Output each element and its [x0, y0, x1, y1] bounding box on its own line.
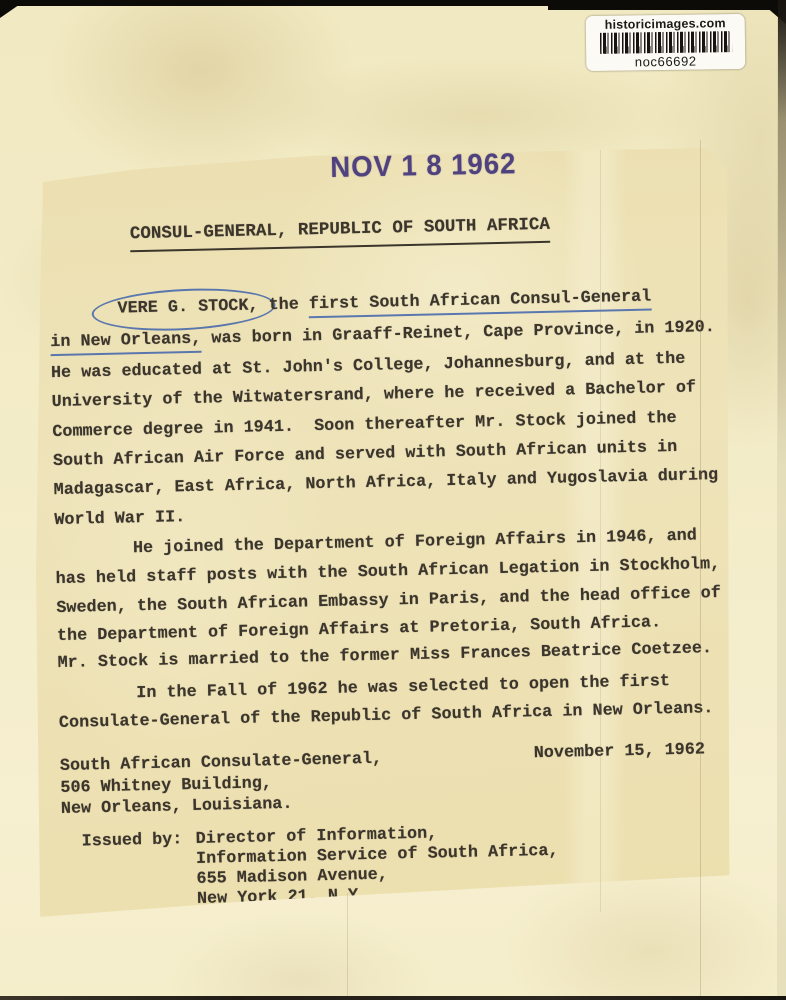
document-title: CONSUL-GENERAL, REPUBLIC OF SOUTH AFRICA — [130, 215, 551, 252]
pasted-sheet: CONSUL-GENERAL, REPUBLIC OF SOUTH AFRICA… — [36, 148, 730, 920]
body-line: He was educated at St. John's College, J… — [51, 350, 686, 385]
paper-crease — [700, 140, 701, 1000]
address-line: New Orleans, Louisiana. — [61, 795, 293, 821]
body-line: South African Air Force and served with … — [53, 438, 678, 473]
paper-crease — [600, 150, 601, 912]
body-line: VERE G. STOCK, the first South African C… — [49, 287, 651, 322]
date-stamp: NOV 1 8 1962 — [330, 148, 517, 185]
dateline: November 15, 1962 — [534, 740, 706, 765]
pen-underlined-text: in New Orleans, — [50, 330, 202, 356]
scan-corner-top-right — [548, 0, 786, 10]
issued-by-line: New York 21, N.Y. — [197, 886, 369, 911]
circled-name: VERE G. STOCK, — [117, 296, 258, 318]
typed-document: CONSUL-GENERAL, REPUBLIC OF SOUTH AFRICA… — [32, 133, 743, 921]
body-line: World War II. — [54, 508, 185, 532]
address-line: South African Consulate-General, — [60, 750, 383, 778]
scan-edge-bottom — [0, 996, 786, 1000]
barcode-label: historicimages.com noc66692 — [586, 14, 746, 71]
barcode-code: noc66692 — [635, 53, 697, 69]
body-line: Madagascar, East Africa, North Africa, I… — [53, 466, 718, 502]
issued-by-label: Issued by: — [81, 830, 182, 853]
body-line: Commerce degree in 1941. Soon thereafter… — [52, 409, 677, 444]
paper-crease — [347, 893, 348, 1000]
photo-scan: CONSUL-GENERAL, REPUBLIC OF SOUTH AFRICA… — [0, 0, 786, 1000]
scan-edge-right — [778, 0, 786, 470]
body-line: in New Orleans, was born in Graaff-Reine… — [50, 318, 715, 354]
barcode-label-site: historicimages.com — [605, 16, 726, 32]
barcode — [599, 31, 731, 54]
